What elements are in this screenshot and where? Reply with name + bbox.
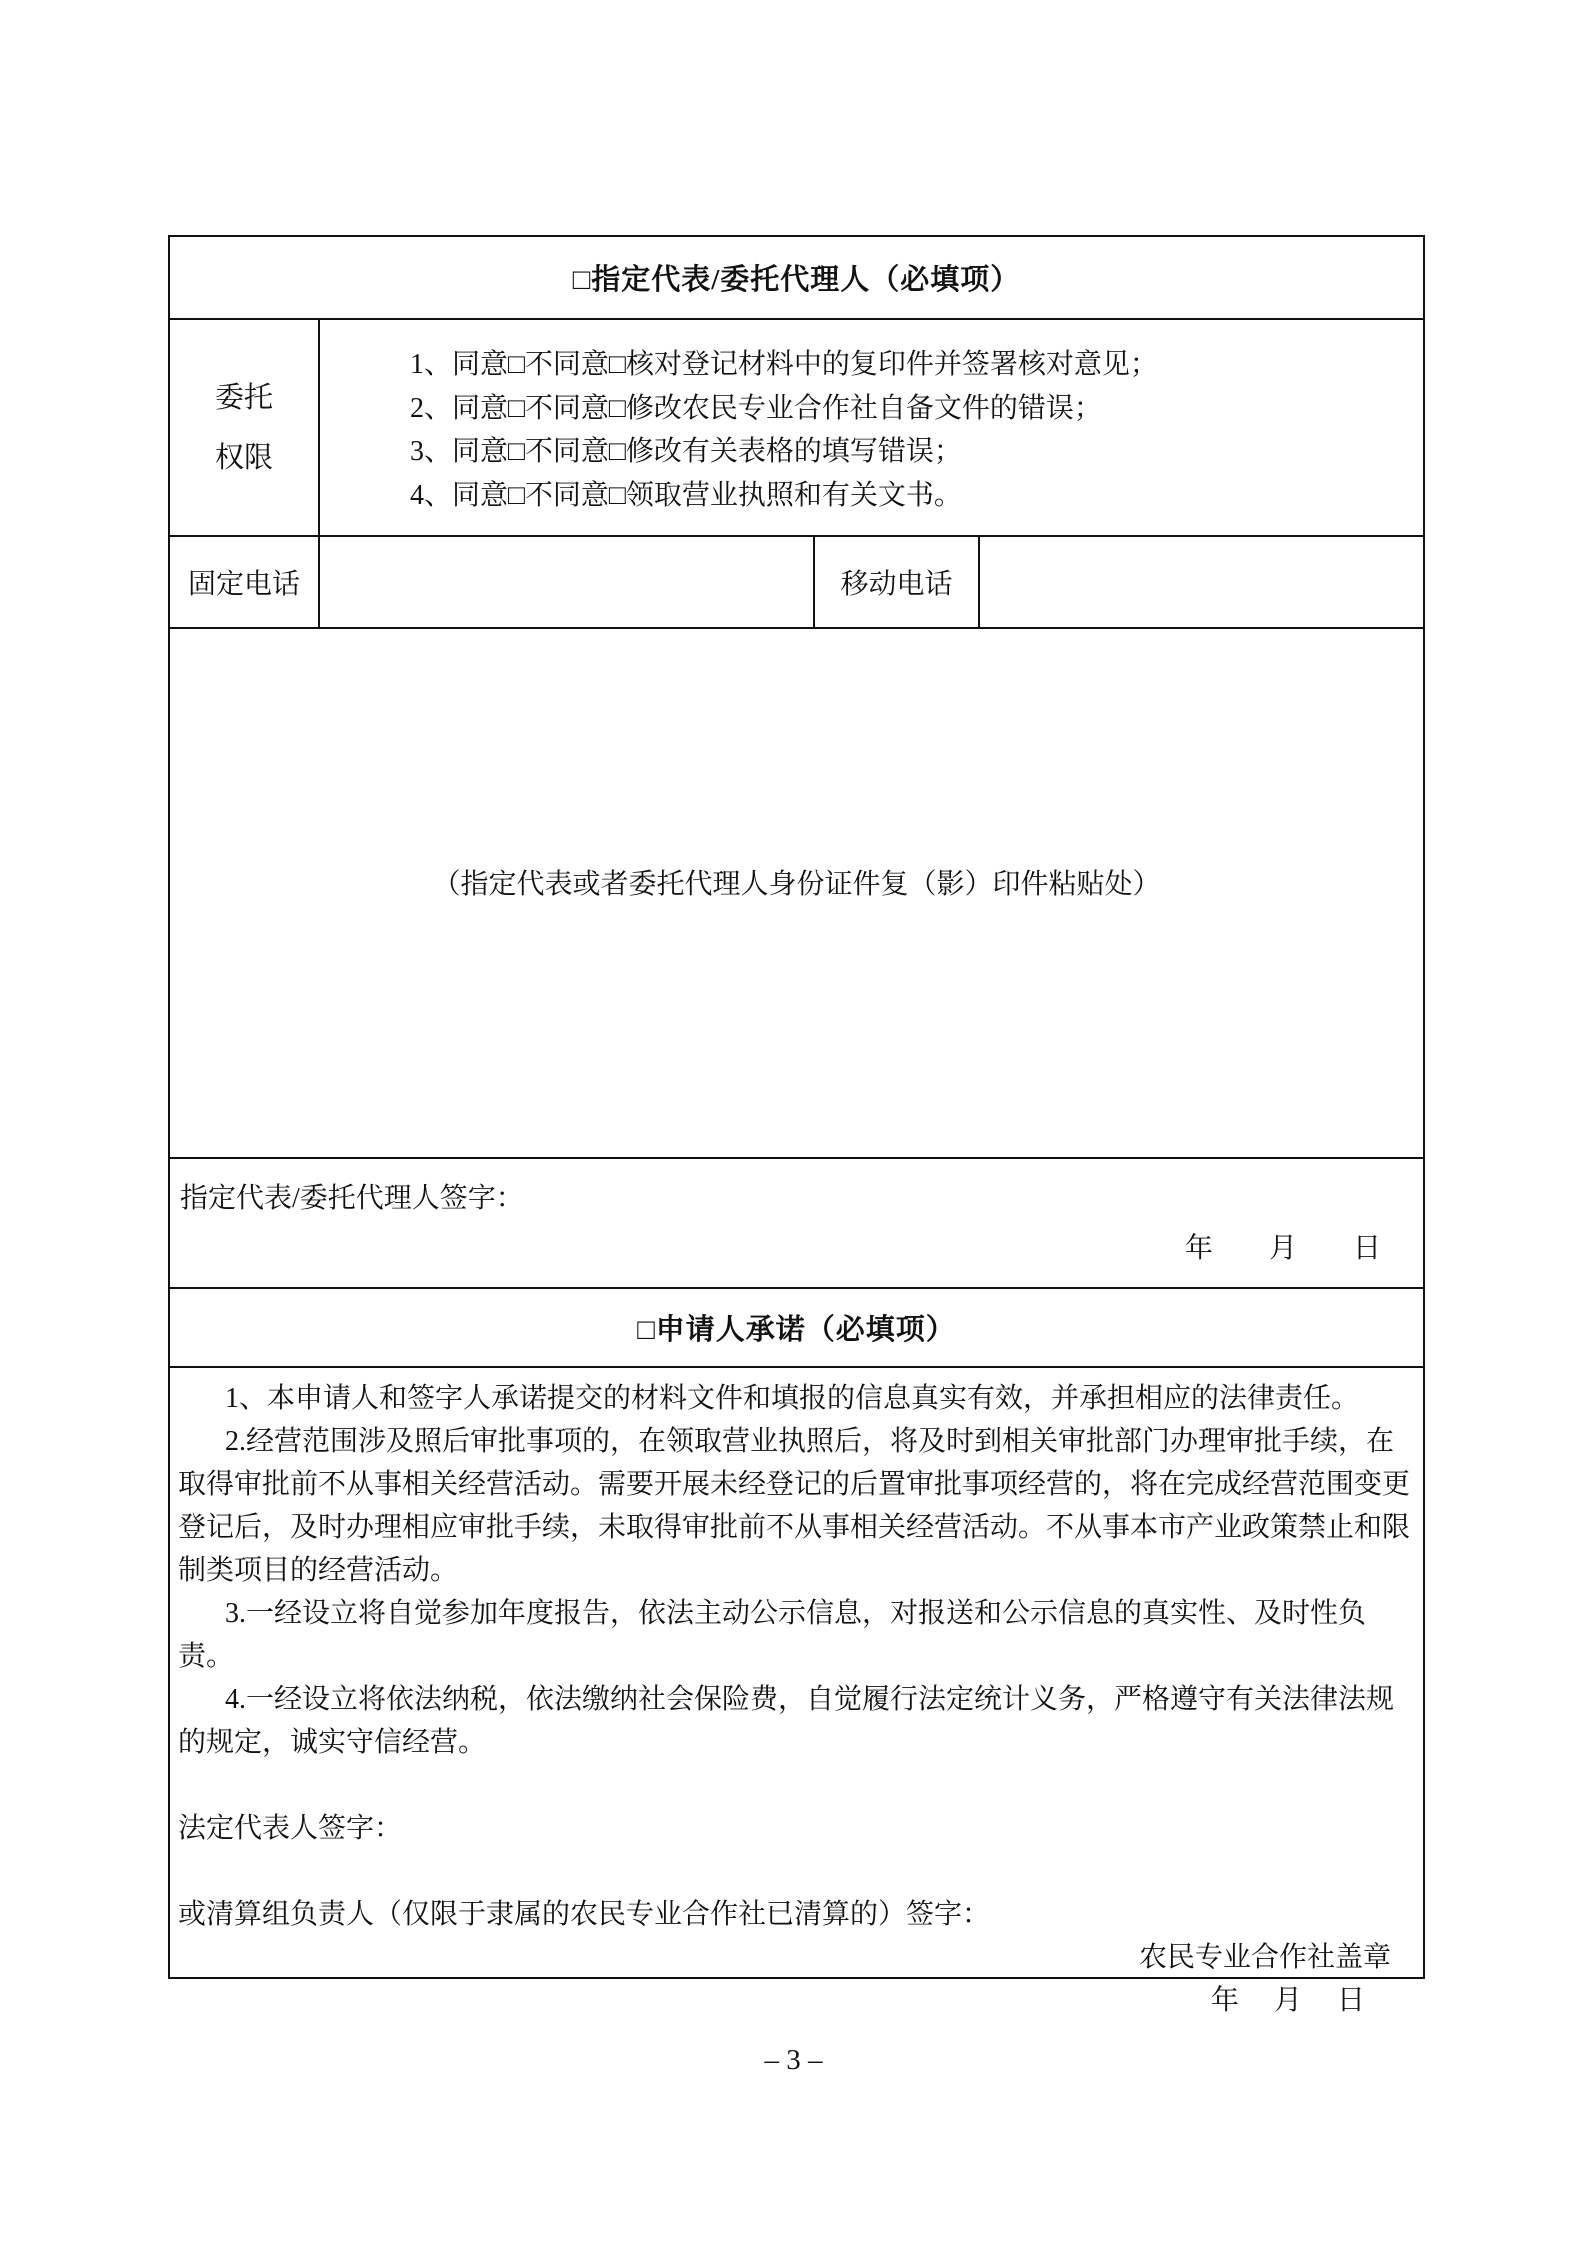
- authorization-item-collect-license[interactable]: 4、同意□不同意□领取营业执照和有关文书。: [410, 474, 1415, 518]
- form-page: □指定代表/委托代理人（必填项） 委托 权限 1、同意□不同意□核对登记材料中的…: [0, 0, 1587, 2245]
- fixed-phone-label: 固定电话: [170, 537, 320, 627]
- pledge-paragraph-1: 1、本申请人和签字人承诺提交的材料文件和填报的信息真实有效，并承担相应的法律责任…: [178, 1377, 1417, 1420]
- authorization-scope-row: 委托 权限 1、同意□不同意□核对登记材料中的复印件并签署核对意见； 2、同意□…: [170, 318, 1423, 535]
- id-copy-paste-area[interactable]: （指定代表或者委托代理人身份证件复（影）印件粘贴处）: [170, 627, 1423, 1157]
- fixed-phone-field[interactable]: [320, 537, 815, 627]
- section-title-applicant-pledge: □申请人承诺（必填项）: [170, 1287, 1423, 1366]
- registration-form-table: □指定代表/委托代理人（必填项） 委托 权限 1、同意□不同意□核对登记材料中的…: [168, 235, 1425, 1979]
- section-title-designated-representative: □指定代表/委托代理人（必填项）: [170, 237, 1423, 318]
- page-number: – 3 –: [0, 2044, 1587, 2077]
- mobile-phone-field[interactable]: [980, 537, 1423, 627]
- authorization-scope-label-line2: 权限: [215, 428, 273, 488]
- phone-row: 固定电话 移动电话: [170, 535, 1423, 627]
- representative-signature-row: 指定代表/委托代理人签字： 年 月 日: [170, 1157, 1423, 1287]
- authorization-scope-label: 委托 权限: [170, 320, 320, 535]
- authorization-item-verify-copies[interactable]: 1、同意□不同意□核对登记材料中的复印件并签署核对意见；: [410, 343, 1415, 387]
- mobile-phone-label: 移动电话: [815, 537, 980, 627]
- liquidation-leader-signature-label[interactable]: 或清算组负责人（仅限于隶属的农民专业合作社已清算的）签字：: [178, 1893, 1417, 1936]
- pledge-paragraph-4: 4.一经设立将依法纳税，依法缴纳社会保险费，自觉履行法定统计义务，严格遵守有关法…: [178, 1678, 1417, 1764]
- pledge-date[interactable]: 年 月 日: [178, 1979, 1417, 2022]
- representative-signature-date[interactable]: 年 月 日: [180, 1226, 1411, 1266]
- legal-representative-signature-label[interactable]: 法定代表人签字：: [178, 1807, 1417, 1850]
- authorization-scope-label-line1: 委托: [215, 368, 273, 428]
- pledge-body: 1、本申请人和签字人承诺提交的材料文件和填报的信息真实有效，并承担相应的法律责任…: [170, 1366, 1423, 1977]
- representative-signature-label[interactable]: 指定代表/委托代理人签字：: [180, 1176, 1411, 1216]
- authorization-item-correct-forms[interactable]: 3、同意□不同意□修改有关表格的填写错误；: [410, 430, 1415, 474]
- cooperative-stamp-label[interactable]: 农民专业合作社盖章: [178, 1936, 1417, 1979]
- pledge-paragraph-2: 2.经营范围涉及照后审批事项的，在领取营业执照后，将及时到相关审批部门办理审批手…: [178, 1420, 1417, 1592]
- authorization-item-correct-documents[interactable]: 2、同意□不同意□修改农民专业合作社自备文件的错误；: [410, 387, 1415, 431]
- pledge-paragraph-3: 3.一经设立将自觉参加年度报告，依法主动公示信息，对报送和公示信息的真实性、及时…: [178, 1592, 1417, 1678]
- authorization-items: 1、同意□不同意□核对登记材料中的复印件并签署核对意见； 2、同意□不同意□修改…: [320, 320, 1423, 535]
